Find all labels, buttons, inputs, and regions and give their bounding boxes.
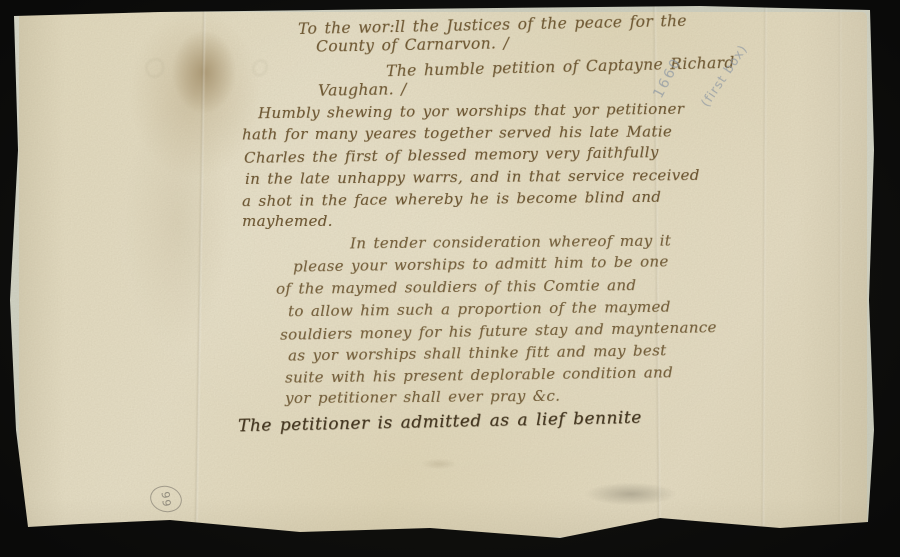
- parchment-surface: [19, 12, 867, 537]
- body-line: In tender consideration whereof may it: [350, 232, 671, 253]
- body-line: mayhemed.: [242, 212, 333, 230]
- body-line: hath for many yeares together served his…: [242, 122, 672, 143]
- archive-number-text: 99: [159, 490, 174, 507]
- body-line: of the maymed souldiers of this Comtie a…: [276, 276, 636, 298]
- body-line: yor petitioner shall ever pray &c.: [285, 387, 560, 407]
- heading-line: County of Carnarvon. /: [316, 34, 509, 55]
- heading-line: Vaughan. /: [318, 80, 407, 100]
- manuscript-photo: To the wor:ll the Justices of the peace …: [0, 0, 900, 557]
